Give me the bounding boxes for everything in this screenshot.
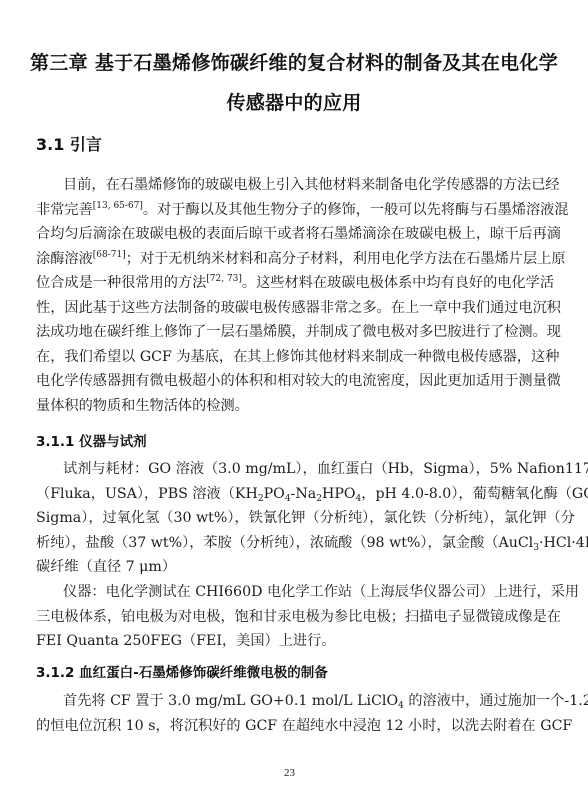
section-heading-3-1-1: 3.1.1 仪器与试剂 xyxy=(36,430,147,450)
text-line: 位合成是一种很常用的方法[72, 73]。这些材料在玻碳电极体系中均有良好的电化… xyxy=(36,271,546,296)
chapter-title-line-2: 传感器中的应用 xyxy=(30,88,558,115)
citation: [13, 65-67] xyxy=(93,201,143,211)
text-line: Sigma），过氧化氢（30 wt%），铁氰化钾（分析纯），氯化铁（分析纯），氯… xyxy=(36,506,546,531)
intro-paragraph: 目前，在石墨烯修饰的玻碳电极上引入其他材料来制备电化学传感器的方法已经 非常完善… xyxy=(36,173,546,418)
citation: [68-71] xyxy=(93,250,126,260)
text-line: 性，因此基于这些方法制备的玻碳电极传感器非常之多。在上一章中我们通过电沉积 xyxy=(36,296,546,321)
text-line: （Fluka，USA），PBS 溶液（KH2PO4-Na2HPO4，pH 4.0… xyxy=(36,482,546,507)
text-line: 碳纤维（直径 7 μm） xyxy=(36,555,546,580)
chapter-title-line-1: 第三章 基于石墨烯修饰碳纤维的复合材料的制备及其在电化学 xyxy=(30,48,558,75)
section-heading-3-1-2: 3.1.2 血红蛋白-石墨烯修饰碳纤维微电极的制备 xyxy=(36,661,328,681)
preparation-paragraph: 首先将 CF 置于 3.0 mg/mL GO+0.1 mol/L LiClO4 … xyxy=(36,689,546,738)
text-line: 目前，在石墨烯修饰的玻碳电极上引入其他材料来制备电化学传感器的方法已经 xyxy=(36,173,546,198)
text-line: FEI Quanta 250FEG（FEI，美国）上进行。 xyxy=(36,629,546,654)
text-line: 在，我们希望以 GCF 为基底，在其上修饰其他材料来制成一种微电极传感器，这种 xyxy=(36,345,546,370)
text-line: 非常完善[13, 65-67]。对于酶以及其他生物分子的修饰，一般可以先将酶与石… xyxy=(36,198,546,223)
section-heading-3-1: 3.1 引言 xyxy=(36,132,102,155)
text-line: 涂酶溶液[68-71]；对于无机纳米材料和高分子材料，利用电化学方法在石墨烯片层… xyxy=(36,247,546,272)
text-line: 首先将 CF 置于 3.0 mg/mL GO+0.1 mol/L LiClO4 … xyxy=(36,689,546,714)
text-line: 仪器：电化学测试在 CHI660D 电化学工作站（上海辰华仪器公司）上进行，采用 xyxy=(36,580,546,605)
text-line: 量体积的物质和生物活体的检测。 xyxy=(36,394,546,419)
text-line: 析纯），盐酸（37 wt%），苯胺（分析纯），浓硫酸（98 wt%），氯金酸（A… xyxy=(36,531,546,556)
instruments-paragraph: 仪器：电化学测试在 CHI660D 电化学工作站（上海辰华仪器公司）上进行，采用… xyxy=(36,580,546,654)
reagents-paragraph: 试剂与耗材：GO 溶液（3.0 mg/mL），血红蛋白（Hb，Sigma），5%… xyxy=(36,457,546,580)
text-line: 合均匀后滴涂在玻碳电极的表面后晾干或者将石墨烯滴涂在玻碳电极上，晾干后再滴 xyxy=(36,222,546,247)
page-number: 23 xyxy=(284,767,295,779)
document-page: 第三章 基于石墨烯修饰碳纤维的复合材料的制备及其在电化学 传感器中的应用 3.1… xyxy=(0,0,588,806)
text-line: 电化学传感器拥有微电极超小的体积和相对较大的电流密度，因此更加适用于测量微 xyxy=(36,369,546,394)
text-line: 三电极体系，铂电极为对电极，饱和甘汞电极为参比电极；扫描电子显微镜成像是在 xyxy=(36,605,546,630)
text-line: 试剂与耗材：GO 溶液（3.0 mg/mL），血红蛋白（Hb，Sigma），5%… xyxy=(36,457,546,482)
text-line: 法成功地在碳纤维上修饰了一层石墨烯膜，并制成了微电极对多巴胺进行了检测。现 xyxy=(36,320,546,345)
citation: [72, 73] xyxy=(206,274,242,284)
text-line: 的恒电位沉积 10 s，将沉积好的 GCF 在超纯水中浸泡 12 小时，以洗去附… xyxy=(36,714,546,739)
